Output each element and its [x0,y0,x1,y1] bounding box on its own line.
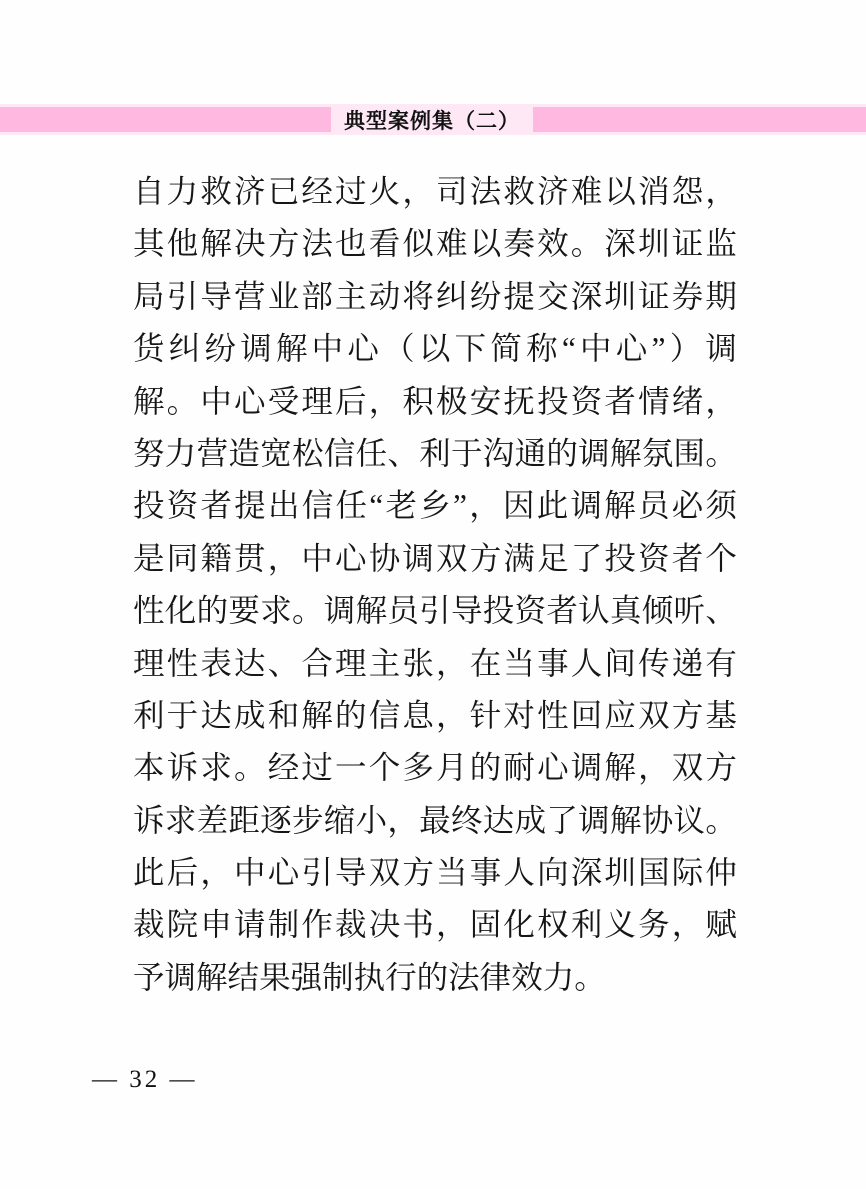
book-page: 典型案例集（二） 自力救济已经过火，司法救济难以消怨，其他解决方法也看似难以奏效… [0,0,866,1189]
text-line: 予调解结果强制执行的法律效力。 [133,952,737,1004]
text-line: 本诉求。经过一个多月的耐心调解，双方 [133,742,737,794]
text-line: 局引导营业部主动将纠纷提交深圳证券期 [133,271,737,323]
text-line: 利于达成和解的信息，针对性回应双方基 [133,690,737,742]
text-line: 诉求差距逐步缩小，最终达成了调解协议。 [133,795,737,847]
text-line: 裁院申请制作裁决书，固化权利义务，赋 [133,899,737,951]
text-line: 解。中心受理后，积极安抚投资者情绪， [133,376,737,428]
text-line: 是同籍贯，中心协调双方满足了投资者个 [133,533,737,585]
text-line: 理性表达、合理主张，在当事人间传递有 [133,638,737,690]
text-line: 努力营造宽松信任、利于沟通的调解氛围。 [133,428,737,480]
text-line: 性化的要求。调解员引导投资者认真倾听、 [133,585,737,637]
page-number: — 32 — [92,1066,198,1094]
header-bar-right [533,107,866,132]
page-header-title: 典型案例集（二） [331,103,533,136]
text-line: 此后，中心引导双方当事人向深圳国际仲 [133,847,737,899]
text-line: 货纠纷调解中心（以下简称“中心”）调 [133,323,737,375]
header-bar-left [0,107,331,132]
text-line: 投资者提出信任“老乡”，因此调解员必须 [133,480,737,532]
text-line: 自力救济已经过火，司法救济难以消怨， [133,166,737,218]
body-text: 自力救济已经过火，司法救济难以消怨，其他解决方法也看似难以奏效。深圳证监局引导营… [133,166,737,1004]
text-line: 其他解决方法也看似难以奏效。深圳证监 [133,218,737,270]
